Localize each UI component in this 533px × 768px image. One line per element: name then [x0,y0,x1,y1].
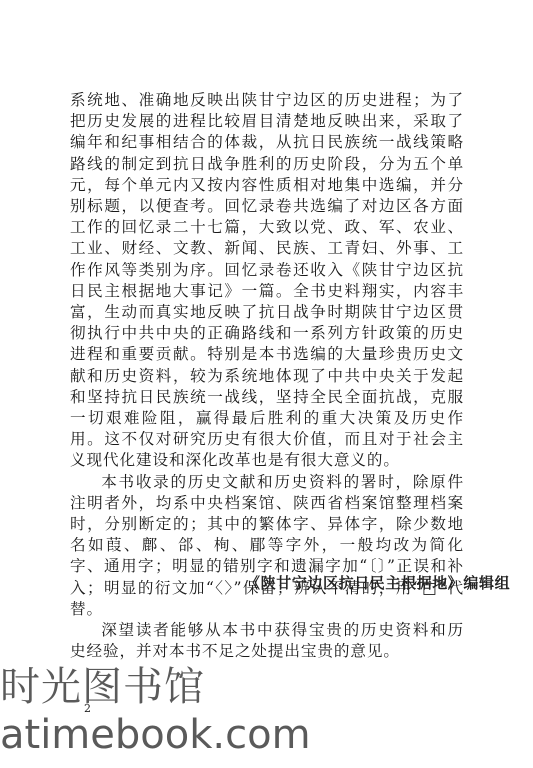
watermark-url: atimebook.com [0,712,311,758]
editorial-signature: 《陕甘宁边区抗日民主根据地》编辑组 [245,572,510,593]
paragraph-1: 系统地、准确地反映出陕甘宁边区的历史进程；为了把历史发展的进程比较眉目清楚地反映… [70,90,464,472]
watermark-title: 时光图书馆 [0,655,205,712]
paragraph-2: 本书收录的历史文献和历史资料的署时，除原件注明者外，均系中央档案馆、陕西省档案馆… [70,472,464,620]
